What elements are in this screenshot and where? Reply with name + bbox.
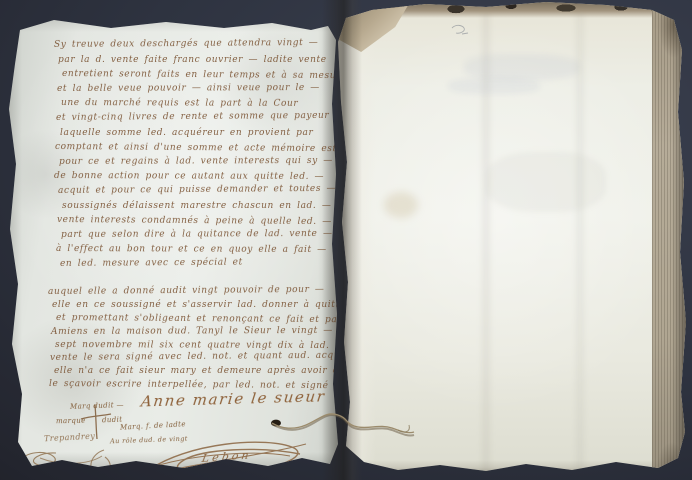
handwriting-line: soussignés délaissent marestre chascun e… bbox=[62, 199, 353, 214]
handwriting-line: part que selon dire à la quitance de lad… bbox=[61, 227, 353, 243]
witness-name-scrawl: Trepandrey bbox=[44, 432, 96, 444]
witness-mark-label-1: Marq dudit — bbox=[70, 401, 124, 411]
manuscript-scan: Sy treuve deux deschargés que attendra v… bbox=[0, 0, 692, 480]
notary-paraph-text: Lebon bbox=[201, 448, 253, 465]
ink-showthrough bbox=[448, 78, 540, 94]
handwriting-line: et vingt-cinq livres de rente et somme q… bbox=[56, 109, 353, 126]
handwriting-line: pour ce et regains à lad. vente interest… bbox=[59, 154, 353, 170]
flourish-loop bbox=[91, 450, 110, 472]
witness-mark-label-4: Au rôle dud. de vingt bbox=[110, 435, 188, 446]
handwriting-line: acquit et pour ce qui puisse demander et… bbox=[58, 182, 353, 199]
paper-stain bbox=[384, 192, 418, 218]
witness-mark-label-2-left: marque bbox=[56, 417, 86, 426]
witness-mark-label-3: Marq. f. de ladte bbox=[120, 420, 186, 431]
ink-showthrough bbox=[486, 152, 606, 212]
handwriting-line: et la belle veue pouvoir — ainsi veue po… bbox=[57, 81, 353, 97]
flourish-underline bbox=[40, 456, 102, 463]
ink-showthrough bbox=[464, 54, 580, 80]
handwriting-line: laquelle somme led. acquéreur en provien… bbox=[60, 126, 353, 141]
flourish-bottom-left bbox=[20, 452, 56, 465]
handwriting-block-1: Sy treuve deux deschargés que attendra v… bbox=[58, 38, 353, 272]
handwriting-line: en led. mesure avec ce spécial et bbox=[60, 255, 353, 272]
right-page-bottom-shading bbox=[336, 460, 688, 478]
faint-fold-line bbox=[576, 2, 584, 478]
binding-thread bbox=[258, 402, 428, 452]
handwriting-line: Sy treuve deux deschargés que attendra v… bbox=[54, 36, 353, 53]
book-fore-edge bbox=[652, 6, 688, 478]
handwriting-line: par la d. vente faite franc ouvrier — la… bbox=[58, 53, 353, 68]
tiny-gray-notation bbox=[448, 22, 472, 42]
